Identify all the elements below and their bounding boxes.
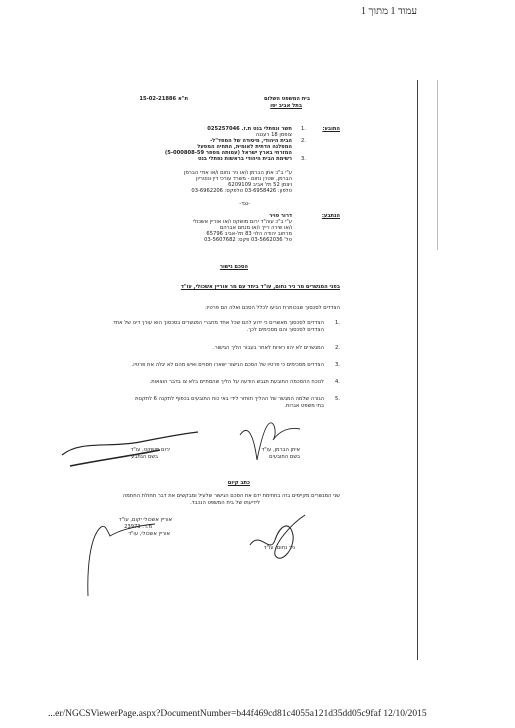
clause-text: בתי משפט אגרות. xyxy=(284,403,324,409)
signatory-role: בשם התובעים xyxy=(269,454,300,460)
plaintiffs-label: התובע: xyxy=(322,126,340,132)
clause-number: 2. xyxy=(335,345,340,351)
clause-number: 4. xyxy=(335,379,340,385)
confirmation-text: שני המגשרים מקיימים בזה בחתימת ידם את הס… xyxy=(123,493,340,499)
page-footer-url-date: ...er/NGCSViewerPage.aspx?DocumentNumber… xyxy=(48,709,427,719)
clause-number: 1. xyxy=(335,320,340,326)
scan-edge-line xyxy=(417,80,418,660)
clause-number: 3. xyxy=(335,362,340,368)
scanned-document: בית המשפט השלום בתל אביב יפו ת"א 15-02-2… xyxy=(60,70,420,670)
plaintiff-line: רשימת הבית היהודי בראשות נפתלי בנט xyxy=(198,156,292,162)
counsel-line: טל' 03-5662036 פקס: 03-5607682 xyxy=(204,237,292,243)
clause-text: המגשרים לא יהוו ראיות לאחר בעבור הליך הג… xyxy=(213,345,324,351)
agreement-intro: הצדדים לסכסוך שבכותרת הגיעו לכלל הסכם וא… xyxy=(205,305,340,311)
plaintiff-number: 2. xyxy=(301,138,306,144)
agreement-title: הסכם גישור xyxy=(220,264,248,270)
court-name: בית המשפט השלום xyxy=(264,96,310,102)
signatory-name: איתן הברמן, עו"ד xyxy=(261,447,300,453)
confirmation-text: לידיעתו של בית המשפט הנכבד. xyxy=(190,500,260,506)
clause-text: לנוכח ההסכמה התובעת תגבש הודעה על הליך ש… xyxy=(150,379,324,385)
signatory-name: ניר נחום, עו"ד xyxy=(264,545,295,551)
signature-mediator-1 xyxy=(245,510,315,570)
versus-label: -נגד- xyxy=(239,201,250,207)
mediators-line: בפני המגשרים מר ניר נחום, עו"ד ביחד עם מ… xyxy=(181,284,340,290)
signatory-name: ירום מושקט, עו"ד xyxy=(131,447,170,453)
signatory-role: בשם הנתבע xyxy=(131,454,158,460)
confirmation-title: כתב קיום xyxy=(228,480,250,486)
scan-edge-line xyxy=(437,80,438,250)
clause-text: הגורה שלמה המגשר של ההליך תוחזר לידי באי… xyxy=(135,396,324,402)
plaintiff-number: 1. xyxy=(301,126,306,132)
clause-text: הצדדים לסכסוך והם מסכימים לכך. xyxy=(247,327,324,333)
signature-mediator-2 xyxy=(85,518,165,598)
court-city: בתל אביב יפו xyxy=(270,103,302,109)
counsel-line: טלפון: 03-6958426 טלפקס: 03-6962206 xyxy=(191,188,292,194)
clause-text: הצדדים לסכסוך מאשרים כי ידוע להם שכל אחד… xyxy=(113,320,324,326)
case-number: ת"א 15-02-21886 xyxy=(139,96,188,102)
clause-text: הצדדים מסכימים כי פרטיו של הסכם הגישור י… xyxy=(132,362,324,368)
defendant-label: הנתבע: xyxy=(322,213,340,219)
page-counter: עמוד 1 מתוך 1 xyxy=(361,6,417,17)
clause-number: 5. xyxy=(335,396,340,402)
plaintiff-number: 3. xyxy=(301,156,306,162)
